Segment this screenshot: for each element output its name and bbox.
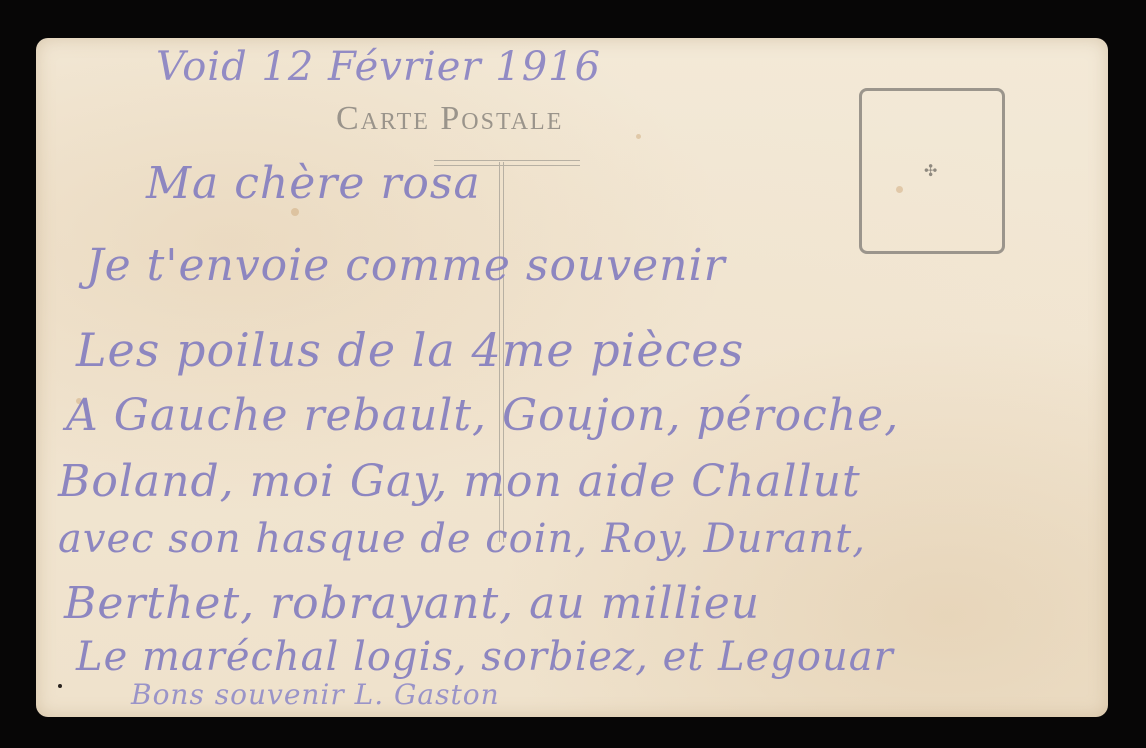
handwritten-line: A Gauche rebault, Goujon, péroche,: [66, 390, 899, 441]
printed-header: Carte Postale: [336, 100, 563, 138]
handwritten-line: Les poilus de la 4me pièces: [76, 323, 744, 377]
ink-dot: [58, 684, 62, 688]
fleuron-icon: ✣: [924, 161, 937, 180]
handwritten-line: Le maréchal logis, sorbiez, et Legouar: [76, 634, 894, 680]
postcard-back: Carte Postale ✣ Void 12 Février 1916 Ma …: [36, 38, 1108, 717]
handwritten-line: Boland, moi Gay, mon aide Challut: [58, 456, 861, 507]
stamp-box: ✣: [859, 88, 1005, 254]
foxing-spot: [636, 134, 641, 139]
handwritten-place-date: Void 12 Février 1916: [156, 44, 601, 90]
handwritten-greeting: Ma chère rosa: [146, 158, 481, 209]
handwritten-signature: Bons souvenir L. Gaston: [131, 678, 500, 711]
handwritten-line: Je t'envoie comme souvenir: [86, 240, 726, 291]
handwritten-line: Berthet, robrayant, au millieu: [64, 578, 760, 629]
foxing-spot: [291, 208, 299, 216]
handwritten-line: avec son hasque de coin, Roy, Durant,: [58, 516, 866, 562]
